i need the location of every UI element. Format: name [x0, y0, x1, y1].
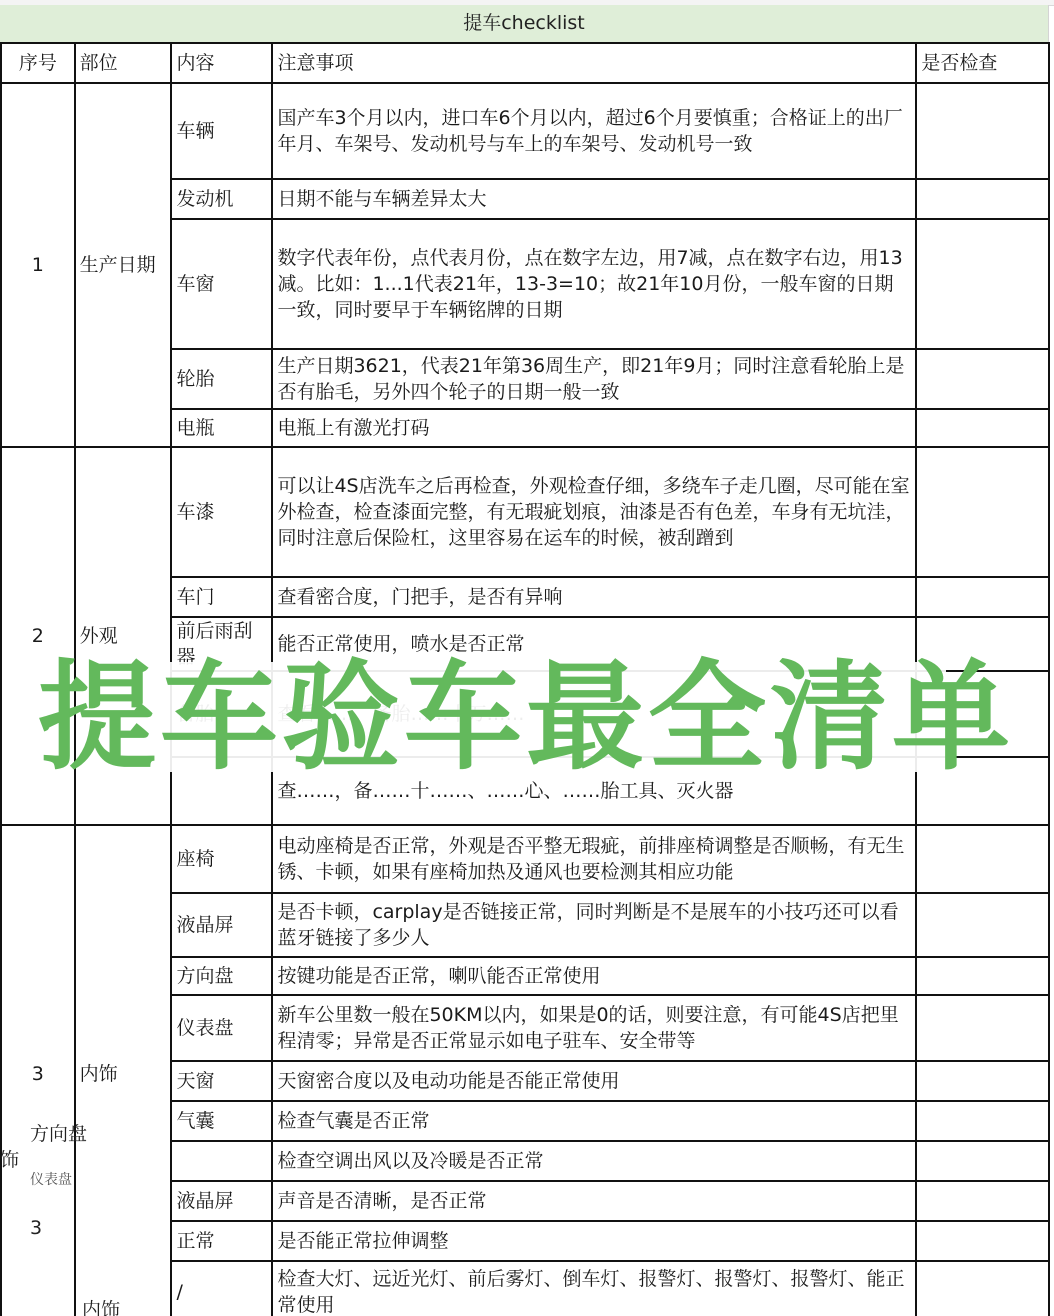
row-item: 座椅	[171, 825, 272, 893]
row-note: 检查空调出风以及冷暖是否正常	[272, 1141, 916, 1181]
row-note: 查看密合度，门把手，是否有异响	[272, 577, 916, 617]
row-item: 天窗	[171, 1061, 272, 1101]
checklist-table: 序号 部位 内容 注意事项 是否检查 1 生产日期 车辆 国产车3个月以内，进口…	[0, 42, 1050, 1316]
row-item: 液晶屏	[171, 1181, 272, 1221]
header-item: 内容	[171, 43, 272, 83]
row-checked[interactable]	[916, 1101, 1049, 1141]
row-item: 仪表盘	[171, 995, 272, 1061]
row-checked[interactable]	[916, 1061, 1049, 1101]
group-no: 3	[1, 825, 75, 1316]
row-item: 前后雨刮器	[171, 617, 272, 671]
group-no: 1	[1, 83, 75, 447]
table-row: 3 内饰 座椅 电动座椅是否正常，外观是否平整无瑕疵，前排座椅调整是否顺畅，有无…	[1, 825, 1049, 893]
row-checked[interactable]	[916, 1261, 1049, 1316]
row-checked[interactable]	[916, 893, 1049, 957]
row-item: 液晶屏	[171, 893, 272, 957]
row-note: 电瓶上有激光打码	[272, 409, 916, 447]
row-note: 检查气囊是否正常	[272, 1101, 916, 1141]
row-checked[interactable]	[916, 447, 1049, 577]
group-part: 生产日期	[75, 83, 172, 447]
row-checked[interactable]	[916, 957, 1049, 995]
group-part: 外观	[75, 447, 172, 825]
row-item: 气囊	[171, 1101, 272, 1141]
row-note: 查看……，备胎……十万……	[272, 671, 916, 757]
row-note: 国产车3个月以内，进口车6个月以内，超过6个月要慎重；合格证上的出厂年月、车架号…	[272, 83, 916, 179]
header-row: 序号 部位 内容 注意事项 是否检查	[1, 43, 1049, 83]
row-checked[interactable]	[916, 179, 1049, 219]
sheet-title: 提车checklist	[0, 5, 1049, 42]
row-note: 查……，备……十……、……心、……胎工具、灭火器	[272, 757, 916, 825]
row-item: 正常	[171, 1221, 272, 1261]
row-note: 日期不能与车辆差异太大	[272, 179, 916, 219]
row-note: 按键功能是否正常，喇叭能否正常使用	[272, 957, 916, 995]
header-part: 部位	[75, 43, 172, 83]
row-note: 声音是否清晰，是否正常	[272, 1181, 916, 1221]
row-checked[interactable]	[916, 617, 1049, 671]
group-no: 2	[1, 447, 75, 825]
row-checked[interactable]	[916, 83, 1049, 179]
row-item: 车漆	[171, 447, 272, 577]
row-note: 能否正常使用，喷水是否正常	[272, 617, 916, 671]
row-item: 车门	[171, 577, 272, 617]
table-row: 1 生产日期 车辆 国产车3个月以内，进口车6个月以内，超过6个月要慎重；合格证…	[1, 83, 1049, 179]
row-checked[interactable]	[916, 825, 1049, 893]
row-item	[171, 757, 272, 825]
row-item	[171, 1141, 272, 1181]
row-item: 电瓶	[171, 409, 272, 447]
row-item: /	[171, 1261, 272, 1316]
row-note: 是否卡顿，carplay是否链接正常，同时判断是不是展车的小技巧还可以看蓝牙链接…	[272, 893, 916, 957]
group-part: 内饰	[75, 825, 172, 1316]
row-checked[interactable]	[916, 409, 1049, 447]
row-note: 检查大灯、远近光灯、前后雾灯、倒车灯、报警灯、报警灯、报警灯、能正常使用	[272, 1261, 916, 1316]
row-item: 车窗	[171, 219, 272, 349]
row-checked[interactable]	[916, 671, 1049, 757]
row-note: 电动座椅是否正常，外观是否平整无瑕疵，前排座椅调整是否顺畅，有无生锈、卡顿，如果…	[272, 825, 916, 893]
row-item: 轮胎	[171, 349, 272, 409]
row-item: 备胎	[171, 671, 272, 757]
row-checked[interactable]	[916, 995, 1049, 1061]
row-note: 数字代表年份，点代表月份，点在数字左边，用7减，点在数字右边，用13减。比如：1…	[272, 219, 916, 349]
row-checked[interactable]	[916, 757, 1049, 825]
row-item: 发动机	[171, 179, 272, 219]
row-checked[interactable]	[916, 219, 1049, 349]
row-note: 是否能正常拉伸调整	[272, 1221, 916, 1261]
header-note: 注意事项	[272, 43, 916, 83]
row-checked[interactable]	[916, 1221, 1049, 1261]
row-note: 可以让4S店洗车之后再检查，外观检查仔细，多绕车子走几圈，尽可能在室外检查，检查…	[272, 447, 916, 577]
header-checked: 是否检查	[916, 43, 1049, 83]
table-row: 2 外观 车漆 可以让4S店洗车之后再检查，外观检查仔细，多绕车子走几圈，尽可能…	[1, 447, 1049, 577]
header-no: 序号	[1, 43, 75, 83]
row-note: 新车公里数一般在50KM以内，如果是0的话，则要注意，有可能4S店把里程清零；异…	[272, 995, 916, 1061]
row-checked[interactable]	[916, 1181, 1049, 1221]
row-item: 方向盘	[171, 957, 272, 995]
row-item: 车辆	[171, 83, 272, 179]
row-checked[interactable]	[916, 349, 1049, 409]
row-note: 生产日期3621，代表21年第36周生产，即21年9月；同时注意看轮胎上是否有胎…	[272, 349, 916, 409]
row-note: 天窗密合度以及电动功能是否能正常使用	[272, 1061, 916, 1101]
row-checked[interactable]	[916, 577, 1049, 617]
row-checked[interactable]	[916, 1141, 1049, 1181]
